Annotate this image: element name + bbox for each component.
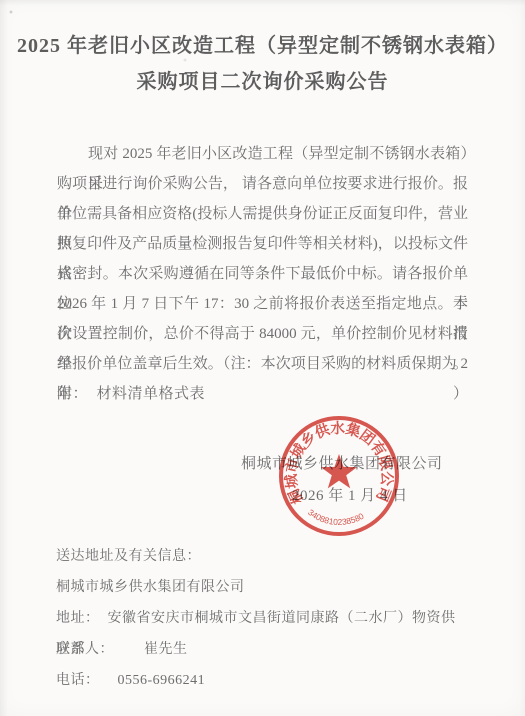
seal-serial-number: 3408810238580 — [306, 507, 366, 527]
contact-company: 桐城市城乡供水集团有限公司 — [56, 572, 468, 603]
phone-label: 电话： — [56, 673, 100, 688]
contact-phone-line: 电话：0556-6966241 — [56, 665, 468, 696]
body-line: 照复印件及产品质量检测报告复印件等相关材料)，以投标文件格 — [57, 229, 468, 259]
body-line: 现对 2025 年老旧小区改造工程（异型定制不锈钢水表箱）采 — [57, 139, 468, 169]
body-line: 式密封。本次采购遵循在同等条件下最低价中标。请各报价单位于 — [57, 259, 468, 289]
contact-address-line: 地址：安徽省安庆市桐城市文昌街道同康路（二水厂）物资供应部 — [56, 603, 468, 634]
contact-heading: 送达地址及有关信息： — [56, 541, 468, 572]
document-title: 2025 年老旧小区改造工程（异型定制不锈钢水表箱） 采购项目二次询价采购公告 — [0, 28, 525, 100]
address-label: 地址： — [56, 611, 100, 626]
contact-block: 送达地址及有关信息： 桐城市城乡供水集团有限公司 地址：安徽省安庆市桐城市文昌街… — [56, 541, 468, 696]
title-line-1: 2025 年老旧小区改造工程（异型定制不锈钢水表箱） — [0, 28, 525, 64]
body-line: 单位需具备相应资格(投标人需提供身份证正反面复印件，营业执 — [57, 199, 468, 229]
body-line: 经报价单位盖章后生效。（注：本次项目采购的材料质保期为 2 年） — [57, 349, 468, 379]
official-seal-stamp: 桐城市城乡供水集团有限公司 3408810238580 — [277, 414, 401, 538]
contact-person-line: 联系人：崔先生 — [56, 634, 468, 665]
document-page: 2025 年老旧小区改造工程（异型定制不锈钢水表箱） 采购项目二次询价采购公告 … — [0, 0, 525, 716]
person-value: 崔先生 — [144, 642, 188, 657]
person-label: 联系人： — [56, 642, 114, 657]
body-line: 价设置控制价，总价不得高于 84000 元，单价控制价见材料清单。 — [57, 319, 468, 349]
seal-star-icon — [321, 454, 357, 488]
body-line: 购项目进行询价采购公告， 请各意向单位按要求进行报价。报价 — [57, 169, 468, 199]
phone-value: 0556-6966241 — [118, 673, 206, 688]
seal-serial-text: 3408810238580 — [306, 507, 366, 527]
body-line: 2026 年 1 月 7 日下午 17：30 之前将报价表送至指定地点。本次报 — [57, 289, 468, 319]
body-paragraph: 现对 2025 年老旧小区改造工程（异型定制不锈钢水表箱）采购项目进行询价采购公… — [57, 139, 468, 409]
title-line-2: 采购项目二次询价采购公告 — [0, 64, 525, 100]
